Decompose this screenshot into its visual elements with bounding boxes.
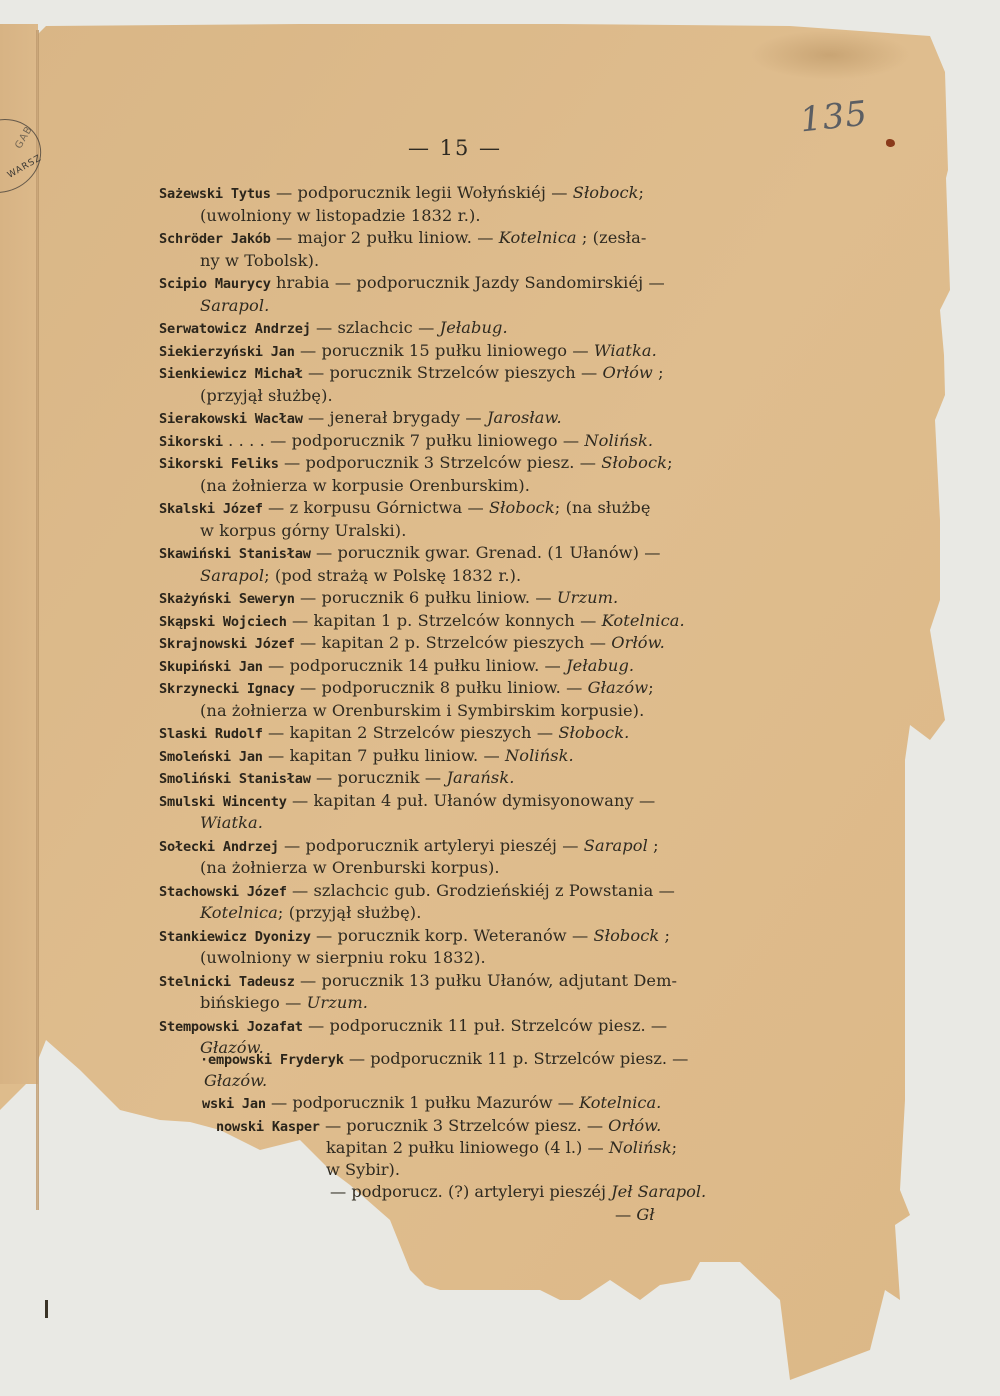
entry-description: — porucznik — [311,768,447,787]
entry-note: ; (przyjął służbę). [278,903,422,922]
entry-description: — szlachcic gub. Grodzieńskiéj z Powstan… [287,881,675,900]
entry-description: — podporucznik 11 puł. Strzelców piesz. … [303,1016,668,1035]
entry-description: — podporucznik 14 pułku liniow. — [263,656,566,675]
entry-description: — kapitan 2 Strzelców pieszych — [263,723,559,742]
entry-description: — porucznik 13 pułku Ułanów, adjutant De… [295,971,677,990]
person-name: Skażyński Seweryn [159,591,295,607]
entry-line: Sierakowski Wacław — jenerał brygady — J… [159,408,562,427]
entry-line: Skupiński Jan — podporucznik 14 pułku li… [159,656,634,675]
entry-description: . . . . — podporucznik 7 pułku liniowego… [223,431,585,450]
torn-line: w Sybir). [326,1160,400,1179]
person-name: Skawiński Stanisław [159,546,311,562]
entry-line: Siekierzyński Jan — porucznik 15 pułku l… [159,341,657,360]
entry-line: Stankiewicz Dyonizy — porucznik korp. We… [159,926,670,945]
entry-description: bińskiego — [200,993,307,1012]
exile-place: Wiatka. [594,341,657,360]
person-name: Smoleński Jan [159,749,263,765]
person-name: Skupiński Jan [159,659,263,675]
entry-description: — kapitan 2 p. Strzelców pieszych — [295,633,612,652]
entry-description: — podporucznik 8 pułku liniow. — [295,678,588,697]
exile-place: Kotelnica. [602,611,685,630]
entry-line: Skalski Józef — z korpusu Górnictwa — Sł… [159,498,651,517]
person-name: Skalski Józef [159,501,263,517]
entry-continuation-line: Sarapol. [200,296,269,315]
entry-description: — kapitan 1 p. Strzelców konnych — [287,611,602,630]
entry-description: — szlachcic — [311,318,440,337]
person-name: Stankiewicz Dyonizy [159,929,311,945]
person-name: Skrzynecki Ignacy [159,681,295,697]
entry-description: — podporucznik legii Wołyńskiéj — [271,183,573,202]
exile-place: Słobock [594,926,660,945]
entry-line: Smulski Wincenty — kapitan 4 puł. Ułanów… [159,791,655,810]
person-name: Schröder Jakób [159,231,271,247]
entry-note: ; (na służbę [555,498,651,517]
person-name: Sikorski Feliks [159,456,279,472]
person-name: Sołecki Andrzej [159,839,279,855]
person-name: Skrajnowski Józef [159,636,295,652]
entry-description: (uwolniony w listopadzie 1832 r.). [200,206,481,225]
entry-description: — porucznik korp. Weteranów — [311,926,594,945]
person-name: Sażewski Tytus [159,186,271,202]
entry-continuation-line: Kotelnica; (przyjął służbę). [200,903,421,922]
entry-note: ; (pod strażą w Polskę 1832 r.). [264,566,521,585]
person-name: Slaski Rudolf [159,726,263,742]
entry-note: ; [648,836,659,855]
exile-place: Sarapol. [200,296,269,315]
entry-description: — podporucz. (?) artyleryi pieszéj [330,1182,611,1201]
entry-line: Sażewski Tytus — podporucznik legii Woły… [159,183,644,202]
entry-continuation-line: ny w Tobolsk). [200,251,319,270]
exile-place: Jełabug. [440,318,508,337]
entry-description: w korpus górny Uralski). [200,521,406,540]
person-name: Skąpski Wojciech [159,614,287,630]
exile-place: Gł [636,1205,654,1224]
entry-description: — podporucznik 1 pułku Mazurów — [266,1093,579,1112]
person-name: nowski Kasper [216,1119,320,1135]
exile-place: Jarosław. [487,408,562,427]
torn-line: — Gł [615,1205,655,1224]
entry-description: (na żołnierza w Orenburskim i Symbirskim… [200,701,644,720]
exile-place: Nolińsk. [505,746,574,765]
entry-description: (na żołnierza w Orenburski korpus). [200,858,500,877]
torn-line: nowski Kasper — porucznik 3 Strzelców pi… [216,1116,661,1135]
entry-description: — podporucznik 11 p. Strzelców piesz. — [344,1049,689,1068]
entry-note: ; [639,183,645,202]
entry-line: Serwatowicz Andrzej — szlachcic — Jełabu… [159,318,508,337]
exile-place: Głazów. [204,1071,267,1090]
entry-description: — kapitan 4 puł. Ułanów dymisyonowany — [287,791,656,810]
entry-continuation-line: w korpus górny Uralski). [200,521,406,540]
exile-place: Słobock [573,183,639,202]
entry-description: — porucznik 3 Strzelców piesz. — [320,1116,608,1135]
entry-continuation-line: Wiatka. [200,813,263,832]
entry-line: Stachowski Józef — szlachcic gub. Grodzi… [159,881,675,900]
entry-description: — podporucznik artyleryi pieszéj — [279,836,584,855]
entry-description: — porucznik Strzelców pieszych — [303,363,603,382]
entry-line: Skąpski Wojciech — kapitan 1 p. Strzelcó… [159,611,685,630]
exile-place: Sarapol [584,836,648,855]
exile-place: Kotelnica [499,228,577,247]
entry-line: Sikorski . . . . — podporucznik 7 pułku … [159,431,653,450]
exile-place: Orłów. [611,633,665,652]
entry-description: — major 2 pułku liniow. — [271,228,499,247]
page-number: — 15 — [0,136,910,160]
water-stain [750,30,910,80]
person-name: Stachowski Józef [159,884,287,900]
entry-line: Scipio Maurycy hrabia — podporucznik Jaz… [159,273,665,292]
entry-description: (uwolniony w sierpniu roku 1832). [200,948,486,967]
entry-line: Slaski Rudolf — kapitan 2 Strzelców pies… [159,723,629,742]
entry-continuation-line: bińskiego — Urzum. [200,993,368,1012]
entry-line: Skażyński Seweryn — porucznik 6 pułku li… [159,588,618,607]
exile-place: Urzum. [307,993,368,1012]
entry-description: — porucznik 6 pułku liniow. — [295,588,557,607]
exile-place: Sarapol [200,566,264,585]
book-spine-gutter [36,30,39,1210]
entry-note: ; [672,1138,677,1157]
entry-description: — porucznik 15 pułku liniowego — [295,341,594,360]
entry-line: Smoleński Jan — kapitan 7 pułku liniow. … [159,746,574,765]
exile-place: Urzum. [557,588,618,607]
entry-line: Smoliński Stanisław — porucznik — Jarańs… [159,768,514,787]
exile-place: Nolińsk. [584,431,653,450]
exile-place: Wiatka. [200,813,263,832]
entry-line: Stempowski Jozafat — podporucznik 11 puł… [159,1016,667,1035]
entry-continuation-line: (na żołnierza w Orenburskim i Symbirskim… [200,701,644,720]
entry-description: — z korpusu Górnictwa — [263,498,489,517]
entry-description: ny w Tobolsk). [200,251,319,270]
entry-note: ; [667,453,673,472]
exile-place: Nolińsk [609,1138,672,1157]
torn-line: wski Jan — podporucznik 1 pułku Mazurów … [202,1093,661,1112]
person-name: Stempowski Jozafat [159,1019,303,1035]
torn-line: ·empowski Fryderyk — podporucznik 11 p. … [200,1049,688,1068]
entry-line: Sikorski Feliks — podporucznik 3 Strzelc… [159,453,673,472]
person-name: Stelnicki Tadeusz [159,974,295,990]
entry-note: ; (zesła- [577,228,647,247]
margin-ink-mark [45,1300,48,1318]
entry-description: — [615,1205,636,1224]
exile-place: Słobock. [558,723,629,742]
entry-continuation-line: (uwolniony w sierpniu roku 1832). [200,948,486,967]
entry-description: — kapitan 7 pułku liniow. — [263,746,505,765]
person-name: Serwatowicz Andrzej [159,321,311,337]
entry-description: (przyjął służbę). [200,386,333,405]
exile-place: Orłów. [608,1116,661,1135]
person-name: Smoliński Stanisław [159,771,311,787]
exile-place: Orłów [603,363,653,382]
handwritten-folio-number: 135 [798,94,870,141]
person-name: Smulski Wincenty [159,794,287,810]
entry-line: Sienkiewicz Michał — porucznik Strzelców… [159,363,664,382]
entry-note: ; [653,363,664,382]
entry-description: hrabia — podporucznik Jazdy Sandomirskié… [271,273,665,292]
entry-line: Skawiński Stanisław — porucznik gwar. Gr… [159,543,661,562]
exile-place: Jeł Sarapol. [611,1182,706,1201]
exile-place: Słobock [601,453,667,472]
exile-place: Kotelnica [200,903,278,922]
entry-description: — podporucznik 3 Strzelców piesz. — [279,453,602,472]
entry-continuation-line: (na żołnierza w korpusie Orenburskim). [200,476,530,495]
entry-continuation-line: (przyjął służbę). [200,386,333,405]
person-name: Siekierzyński Jan [159,344,295,360]
entry-description: kapitan 2 pułku liniowego (4 l.) — [326,1138,609,1157]
entry-line: Skrzynecki Ignacy — podporucznik 8 pułku… [159,678,654,697]
torn-line: Głazów. [204,1071,267,1090]
exile-place: Kotelnica. [579,1093,661,1112]
entry-continuation-line: (na żołnierza w Orenburski korpus). [200,858,500,877]
entry-note: ; [659,926,670,945]
entry-line: Schröder Jakób — major 2 pułku liniow. —… [159,228,646,247]
person-name: Scipio Maurycy [159,276,271,292]
torn-line: kapitan 2 pułku liniowego (4 l.) — Noliń… [326,1138,677,1157]
exile-place: Słobock [489,498,555,517]
entry-line: Skrajnowski Józef — kapitan 2 p. Strzelc… [159,633,665,652]
entry-note: ; [648,678,654,697]
entry-description: (na żołnierza w korpusie Orenburskim). [200,476,530,495]
entry-description: — jenerał brygady — [303,408,487,427]
entry-description: — porucznik gwar. Grenad. (1 Ułanów) — [311,543,661,562]
entry-description: w Sybir). [326,1160,400,1179]
torn-line: — podporucz. (?) artyleryi pieszéj Jeł S… [330,1182,706,1201]
person-name: wski Jan [202,1096,266,1112]
entry-line: Sołecki Andrzej — podporucznik artyleryi… [159,836,659,855]
person-name: Sikorski [159,434,223,450]
person-name: Sierakowski Wacław [159,411,303,427]
entry-continuation-line: Sarapol; (pod strażą w Polskę 1832 r.). [200,566,521,585]
exile-place: Głazów [588,678,649,697]
entry-line: Stelnicki Tadeusz — porucznik 13 pułku U… [159,971,677,990]
person-name: ·empowski Fryderyk [200,1052,344,1068]
exile-place: Jarańsk. [446,768,514,787]
entry-continuation-line: (uwolniony w listopadzie 1832 r.). [200,206,481,225]
person-name: Sienkiewicz Michał [159,366,303,382]
exile-place: Jełabug. [566,656,634,675]
